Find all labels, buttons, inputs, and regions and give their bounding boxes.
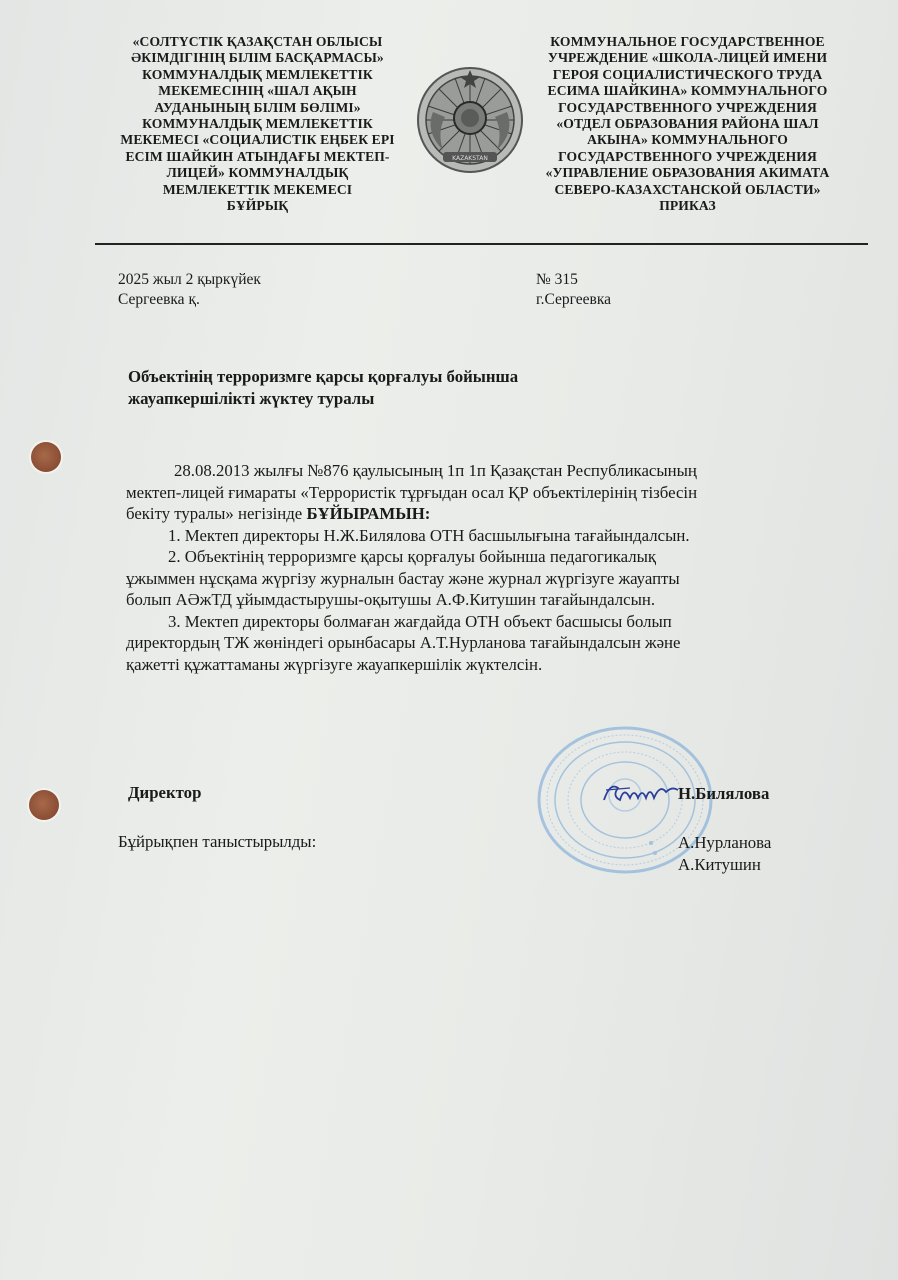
header-line: МЕМЛЕКЕТТІК МЕКЕМЕСІ (100, 182, 415, 198)
order-item-3: қажетті құжаттаманы жүргізуге жауапкерші… (126, 654, 828, 676)
order-title: Объектінің терроризмге қарсы қорғалуы бо… (128, 366, 518, 410)
header-line: КОММУНАЛДЫҚ МЕМЛЕКЕТТІК (100, 67, 415, 83)
header-line: «СОЛТҮСТІК ҚАЗАҚСТАН ОБЛЫСЫ (100, 34, 415, 50)
order-document: «СОЛТҮСТІК ҚАЗАҚСТАН ОБЛЫСЫ ӘКІМДІГІНІҢ … (0, 0, 898, 1280)
doc-type-ru: ПРИКАЗ (515, 198, 860, 214)
header-line: МЕКЕМЕСІНІҢ «ШАЛ АҚЫН (100, 83, 415, 99)
acknowledged-names: А.Нурланова А.Китушин (678, 832, 771, 876)
punch-hole (29, 790, 59, 820)
order-item-2: ұжыммен нұсқама жүргізу журналын бастау … (126, 568, 828, 590)
header-line: ӘКІМДІГІНІҢ БІЛІМ БАСҚАРМАСЫ» (100, 50, 415, 66)
order-keyword: БҰЙЫРАМЫН: (306, 504, 430, 523)
acknowledged-name: А.Китушин (678, 854, 771, 876)
director-label: Директор (128, 783, 201, 803)
header-line: КОММУНАЛДЫҚ МЕМЛЕКЕТТІК (100, 116, 415, 132)
place-ru: г.Сергеевка (536, 290, 611, 310)
place-kz: Сергеевка қ. (118, 290, 261, 310)
header-line: ЕСІМ ШАЙКИН АТЫНДАҒЫ МЕКТЕП- (100, 149, 415, 165)
intro-text: 28.08.2013 жылғы №876 қаулысының 1п 1п Қ… (128, 460, 828, 482)
header-line: ГОСУДАРСТВЕННОГО УЧРЕЖДЕНИЯ (515, 149, 860, 165)
doc-type-kz: БҰЙРЫҚ (100, 198, 415, 214)
header-line: УЧРЕЖДЕНИЕ «ШКОЛА-ЛИЦЕЙ ИМЕНИ (515, 50, 860, 66)
order-number: № 315 (536, 270, 611, 290)
state-emblem-icon: KAZAKSTAN (415, 62, 525, 184)
header-line: ГЕРОЯ СОЦИАЛИСТИЧЕСКОГО ТРУДА (515, 67, 860, 83)
intro-text: бекіту туралы» негізінде БҰЙЫРАМЫН: (126, 503, 828, 525)
order-item-2: болып АӘжТД ұйымдастырушы-оқытушы А.Ф.Ки… (126, 589, 828, 611)
intro-text-part: бекіту туралы» негізінде (126, 504, 306, 523)
header-line: «УПРАВЛЕНИЕ ОБРАЗОВАНИЯ АКИМАТА (515, 165, 860, 181)
header-line: ГОСУДАРСТВЕННОГО УЧРЕЖДЕНИЯ (515, 100, 860, 116)
order-body: 28.08.2013 жылғы №876 қаулысының 1п 1п Қ… (128, 460, 828, 675)
director-name: Н.Билялова (678, 784, 769, 804)
punch-hole (31, 442, 61, 472)
acknowledged-label: Бұйрықпен таныстырылды: (118, 832, 316, 852)
title-line: жауапкершілікті жүктеу туралы (128, 388, 518, 410)
header-line: ЕСИМА ШАЙКИНА» КОММУНАЛЬНОГО (515, 83, 860, 99)
header-line: «ОТДЕЛ ОБРАЗОВАНИЯ РАЙОНА ШАЛ (515, 116, 860, 132)
order-item-1: 1. Мектеп директоры Н.Ж.Билялова ОТН бас… (128, 525, 828, 547)
order-item-3: 3. Мектеп директоры болмаған жағдайда ОТ… (128, 611, 828, 633)
header-line: СЕВЕРО-КАЗАХСТАНСКОЙ ОБЛАСТИ» (515, 182, 860, 198)
order-date: 2025 жыл 2 қыркүйек (118, 270, 261, 290)
number-place-ru: № 315 г.Сергеевка (536, 270, 611, 310)
header-line: ЛИЦЕЙ» КОММУНАЛДЫҚ (100, 165, 415, 181)
header-divider (95, 243, 868, 245)
header-line: МЕКЕМЕСІ «СОЦИАЛИСТІК ЕҢБЕК ЕРІ (100, 132, 415, 148)
header-line: КОММУНАЛЬНОЕ ГОСУДАРСТВЕННОЕ (515, 34, 860, 50)
intro-text: мектеп-лицей ғимараты «Террористік тұрғы… (126, 482, 828, 504)
signature-icon (600, 778, 690, 808)
header-russian: КОММУНАЛЬНОЕ ГОСУДАРСТВЕННОЕ УЧРЕЖДЕНИЕ … (515, 34, 860, 214)
acknowledged-name: А.Нурланова (678, 832, 771, 854)
date-place-kz: 2025 жыл 2 қыркүйек Сергеевка қ. (118, 270, 261, 310)
order-item-3: директордың ТЖ жөніндегі орынбасары А.Т.… (126, 632, 828, 654)
header-kazakh: «СОЛТҮСТІК ҚАЗАҚСТАН ОБЛЫСЫ ӘКІМДІГІНІҢ … (100, 34, 415, 214)
title-line: Объектінің терроризмге қарсы қорғалуы бо… (128, 366, 518, 388)
svg-text:KAZAKSTAN: KAZAKSTAN (452, 155, 488, 162)
header-line: АКЫНА» КОММУНАЛЬНОГО (515, 132, 860, 148)
order-item-2: 2. Объектінің терроризмге қарсы қорғалуы… (128, 546, 828, 568)
header-line: АУДАНЫНЫҢ БІЛІМ БӨЛІМІ» (100, 100, 415, 116)
